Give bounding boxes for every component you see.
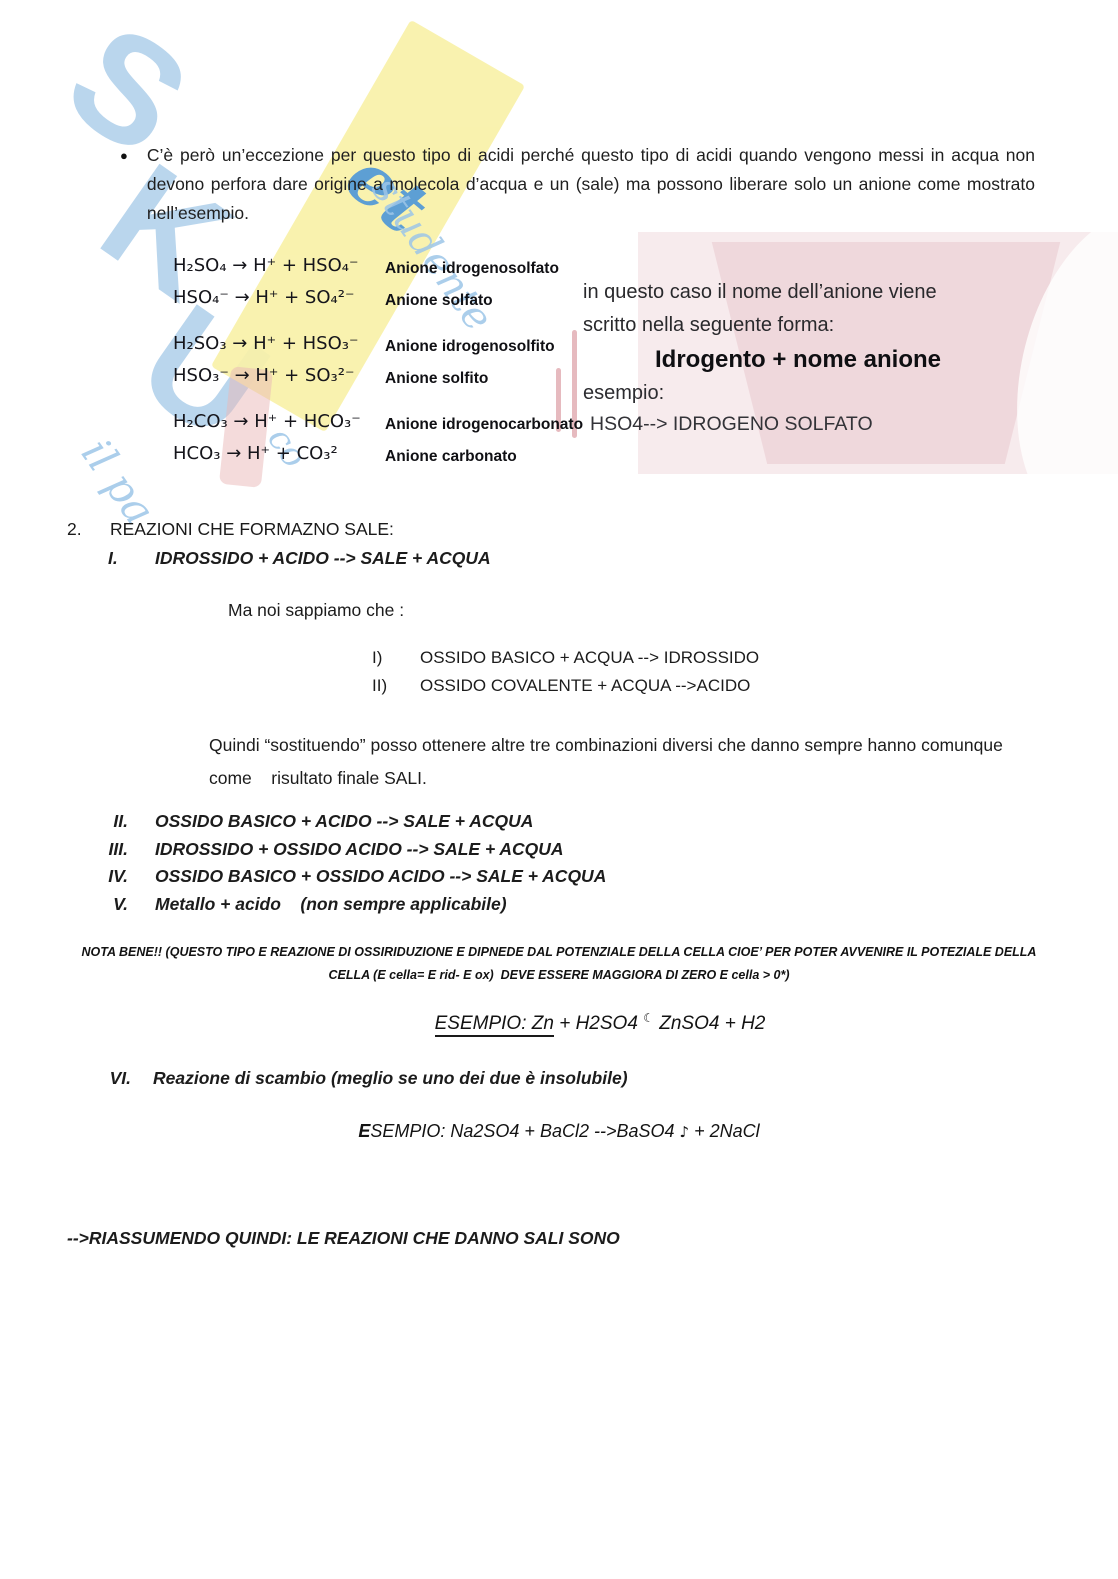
reaction-item: II. OSSIDO BASICO + ACIDO --> SALE + ACQ… bbox=[73, 811, 533, 832]
section-number: 2. bbox=[67, 519, 110, 540]
reaction-item: VI. Reazione di scambio (meglio se uno d… bbox=[73, 1068, 628, 1089]
example-label: esempio: bbox=[583, 377, 1015, 409]
item-numeral: I) bbox=[372, 648, 420, 668]
item-text: OSSIDO BASICO + ACIDO --> SALE + ACQUA bbox=[155, 811, 533, 832]
note-symbol-glyph: ♪ bbox=[680, 1123, 690, 1141]
anion-label: Anione idrogenosolfito bbox=[385, 329, 555, 361]
anion-label: Anione solfito bbox=[385, 361, 488, 393]
equation-part: + 2NaCl bbox=[689, 1121, 760, 1141]
nota-bene-line: CELLA (E cella= E rid- E ox) DEVE ESSERE… bbox=[50, 964, 1068, 987]
equation-part: SEMPIO: Na2SO4 + BaCl2 -->BaSO4 bbox=[370, 1121, 679, 1141]
item-numeral: I. bbox=[108, 548, 155, 569]
equation-row: H₂SO₄ → H⁺ + HSO₄⁻ Anione idrogenosolfat… bbox=[173, 251, 643, 283]
equation-formula: HSO₃⁻ → H⁺ + SO₃²⁻ bbox=[173, 361, 385, 393]
note-line: in questo caso il nome dell’anione viene bbox=[583, 276, 1015, 309]
item-text: IDROSSIDO + OSSIDO ACIDO --> SALE + ACQU… bbox=[155, 839, 564, 860]
reaction-item: III. IDROSSIDO + OSSIDO ACIDO --> SALE +… bbox=[73, 839, 564, 860]
known-reaction-row: II) OSSIDO COVALENTE + ACQUA -->ACIDO bbox=[372, 676, 750, 696]
anion-label: Anione solfato bbox=[385, 283, 493, 315]
know-intro-text: Ma noi sappiamo che : bbox=[228, 600, 404, 621]
item-text: Metallo + acido (non sempre applicabile) bbox=[155, 894, 507, 915]
item-text: OSSIDO COVALENTE + ACQUA -->ACIDO bbox=[420, 676, 750, 696]
nota-bene-line: NOTA BENE!! (QUESTO TIPO E REAZIONE DI O… bbox=[50, 941, 1068, 964]
equation-row: HSO₄⁻ → H⁺ + SO₄²⁻ Anione solfato bbox=[173, 283, 643, 315]
section-heading: 2. REAZIONI CHE FORMAZNO SALE: bbox=[67, 519, 394, 540]
known-reaction-row: I) OSSIDO BASICO + ACQUA --> IDROSSIDO bbox=[372, 648, 759, 668]
equation-formula: H₂SO₄ → H⁺ + HSO₄⁻ bbox=[173, 251, 385, 283]
nota-bene-note: NOTA BENE!! (QUESTO TIPO E REAZIONE DI O… bbox=[50, 941, 1068, 986]
equation-row: HSO₃⁻ → H⁺ + SO₃²⁻ Anione solfito bbox=[173, 361, 643, 393]
reaction-item: I. IDROSSIDO + ACIDO --> SALE + ACQUA bbox=[108, 548, 491, 569]
naming-rule: Idrogento + nome anione bbox=[655, 346, 1015, 374]
equation-part: E bbox=[358, 1121, 370, 1141]
anion-label: Anione carbonato bbox=[385, 439, 517, 471]
item-text: IDROSSIDO + ACIDO --> SALE + ACQUA bbox=[155, 548, 491, 569]
document-page: S K U et studente co il pa ● C’è però un… bbox=[0, 0, 1118, 1579]
equation-formula: HSO₄⁻ → H⁺ + SO₄²⁻ bbox=[173, 283, 385, 315]
equation-row: HCO₃ → H⁺ + CO₃² Anione carbonato bbox=[173, 439, 643, 471]
anion-label: Anione idrogenocarbonato bbox=[385, 407, 583, 439]
equations-block: H₂SO₄ → H⁺ + HSO₄⁻ Anione idrogenosolfat… bbox=[173, 251, 643, 471]
example-equation-2: ESEMPIO: Na2SO4 + BaCl2 -->BaSO4 ♪ + 2Na… bbox=[0, 1121, 1118, 1142]
reaction-item: V. Metallo + acido (non sempre applicabi… bbox=[73, 894, 507, 915]
bullet-marker: ● bbox=[120, 148, 128, 228]
arrow-symbol-glyph: ☾ bbox=[643, 1011, 654, 1025]
anion-naming-note: in questo caso il nome dell’anione viene… bbox=[583, 276, 1015, 439]
equation-row: H₂CO₃ → H⁺ + HCO₃⁻ Anione idrogenocarbon… bbox=[173, 407, 643, 439]
item-numeral: V. bbox=[73, 894, 128, 915]
example-label-underlined: ESEMPIO: Zn bbox=[435, 1013, 554, 1037]
item-numeral: III. bbox=[73, 839, 128, 860]
example-equation-1: ESEMPIO: Zn + H2SO4 ☾ ZnSO4 + H2 bbox=[120, 1011, 1080, 1035]
intro-paragraph: C’è però un’eccezione per questo tipo di… bbox=[147, 141, 1035, 228]
equation-part: + H2SO4 bbox=[554, 1013, 643, 1034]
item-numeral: VI. bbox=[73, 1068, 131, 1089]
equation-part: ZnSO4 + H2 bbox=[654, 1013, 765, 1034]
intro-bullet-item: ● C’è però un’eccezione per questo tipo … bbox=[120, 141, 1035, 228]
note-line: scritto nella seguente forma: bbox=[583, 309, 1015, 342]
summary-line: -->RIASSUMENDO QUINDI: LE REAZIONI CHE D… bbox=[67, 1228, 620, 1249]
item-numeral: II) bbox=[372, 676, 420, 696]
equation-formula: H₂CO₃ → H⁺ + HCO₃⁻ bbox=[173, 407, 385, 439]
item-text: OSSIDO BASICO + OSSIDO ACIDO --> SALE + … bbox=[155, 866, 606, 887]
equation-formula: H₂SO₃ → H⁺ + HSO₃⁻ bbox=[173, 329, 385, 361]
reaction-item: IV. OSSIDO BASICO + OSSIDO ACIDO --> SAL… bbox=[73, 866, 606, 887]
quindi-paragraph: Quindi “sostituendo” posso ottenere altr… bbox=[209, 729, 1009, 795]
anion-label: Anione idrogenosolfato bbox=[385, 251, 559, 283]
item-numeral: II. bbox=[73, 811, 128, 832]
equation-formula: HCO₃ → H⁺ + CO₃² bbox=[173, 439, 385, 471]
item-text: Reazione di scambio (meglio se uno dei d… bbox=[153, 1068, 628, 1089]
item-text: OSSIDO BASICO + ACQUA --> IDROSSIDO bbox=[420, 648, 759, 668]
equation-row: H₂SO₃ → H⁺ + HSO₃⁻ Anione idrogenosolfit… bbox=[173, 329, 643, 361]
section-title: REAZIONI CHE FORMAZNO SALE: bbox=[110, 519, 394, 540]
example-text: HSO4--> IDROGENO SOLFATO bbox=[583, 409, 1015, 439]
item-numeral: IV. bbox=[73, 866, 128, 887]
